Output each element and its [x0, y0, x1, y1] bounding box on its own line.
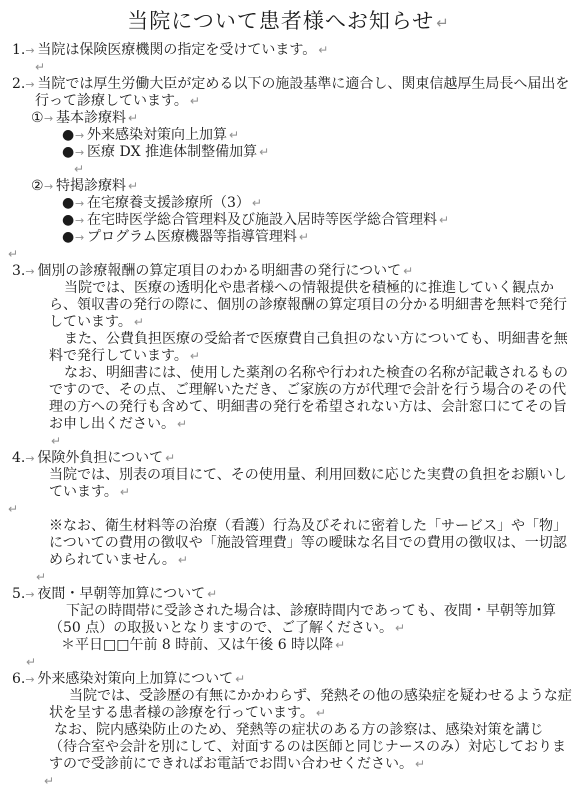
return-mark-icon: ↵: [190, 94, 200, 108]
doc-text: プログラム医療機器等指導管理料: [87, 229, 297, 245]
doc-text-line: ＊平日□□午前 8 時前、又は午後 6 時以降↵: [4, 637, 572, 654]
doc-text-line: なお、院内感染防止のため、発熱等の症状のある方の診察は、感染対策を講じ: [4, 722, 572, 739]
doc-text-line: 理の方への発行も含めて、明細書の発行を希望されない方は、会計窓口にてその旨: [4, 399, 572, 416]
doc-text-line: 下記の時間帯に受診された場合は、診療時間内であっても、夜間・早朝等加算: [4, 603, 572, 620]
return-mark-icon: ↵: [8, 247, 18, 261]
list-marker: 5.: [12, 586, 25, 603]
return-mark-icon: ↵: [439, 213, 449, 227]
return-mark-icon: ↵: [259, 145, 269, 159]
return-mark-icon: ↵: [8, 502, 18, 516]
doc-text: 料で発行しています。: [49, 348, 188, 364]
doc-text-line: （待合室や会計を別にして、対面するのは医師と同じナースのみ）対応しておりま: [4, 739, 572, 756]
doc-text: められていません。: [49, 552, 176, 568]
return-mark-icon: ↵: [165, 451, 175, 465]
doc-text: 当院では厚生労働大臣が定める以下の施設基準に適合し、関東信越厚生局長へ届出を: [37, 76, 569, 92]
doc-blank-line: ↵: [4, 569, 572, 586]
doc-text: （50 点）の取扱いとなりますので、ご了解ください。: [49, 620, 393, 636]
doc-text-line: められていません。↵: [4, 552, 572, 569]
doc-text-line: すので受診前にできればお電話でお問い合わせください。↵: [4, 756, 572, 773]
doc-text-line: 状を呈する患者様の診療を行っています。↵: [4, 705, 572, 722]
doc-text: 当院では、別表の項目にて、その使用量、利用回数に応じた実費の負担をお願いし: [49, 467, 567, 483]
doc-list-line: 2.→当院では厚生労働大臣が定める以下の施設基準に適合し、関東信越厚生局長へ届出…: [4, 76, 572, 93]
doc-text: 医療 DX 推進体制整備加算: [87, 144, 257, 160]
list-marker: ●: [62, 229, 75, 246]
tab-mark-icon: →: [25, 671, 37, 688]
doc-text: ※なお、衛生材料等の治療（看護）行為及びそれに密着した「サービス」や「物」: [49, 518, 567, 534]
doc-blank-line: ↵: [4, 654, 572, 671]
doc-text: についての費用の徴収や「施設管理費」等の曖昧な名目での費用の徴収は、一切認: [49, 535, 567, 551]
tab-mark-icon: →: [25, 76, 37, 93]
doc-text: 当院では、受診歴の有無にかかわらず、発熱その他の感染症を疑わせるような症: [69, 688, 572, 704]
doc-text-line: ですので、その点、ご理解いただき、ご家族の方が代理で会計を行う場合のその代: [4, 382, 572, 399]
doc-text: すので受診前にできればお電話でお問い合わせください。: [49, 756, 413, 772]
doc-list-line: ①→基本診療料↵: [4, 110, 572, 127]
doc-text-line: なお、明細書には、使用した薬剤の名称や行われた検査の名称が記載されるもの: [4, 365, 572, 382]
document-page: 当院について患者様へお知らせ↵ 1.→当院は保険医療機関の指定を受けています。↵…: [0, 0, 576, 785]
doc-list-line: ②→特掲診療料↵: [4, 178, 572, 195]
doc-list-line: ●→プログラム医療機器等指導管理料↵: [4, 229, 572, 246]
doc-list-line: ●→医療 DX 推進体制整備加算↵: [4, 144, 572, 161]
return-mark-icon: ↵: [177, 417, 187, 431]
doc-text: 状を呈する患者様の診療を行っています。: [49, 705, 314, 721]
return-mark-icon: ↵: [436, 14, 449, 32]
doc-text-line: ています。↵: [4, 484, 572, 501]
doc-text-line: （50 点）の取扱いとなりますので、ご了解ください。↵: [4, 620, 572, 637]
tab-mark-icon: →: [75, 127, 87, 144]
doc-text: 当院では、医療の透明化や患者様への情報提供を積極的に推進していく観点か: [64, 280, 554, 296]
doc-text-line: ※なお、衛生材料等の治療（看護）行為及びそれに密着した「サービス」や「物」: [4, 518, 572, 535]
return-mark-icon: ↵: [415, 757, 425, 771]
return-mark-icon: ↵: [395, 621, 405, 635]
return-mark-icon: ↵: [74, 162, 84, 176]
return-mark-icon: ↵: [235, 672, 245, 686]
doc-list-line: ●→在宅時医学総合管理料及び施設入居時等医学総合管理料↵: [4, 212, 572, 229]
doc-list-line: 6.→外来感染対策向上加算について↵: [4, 671, 572, 688]
doc-text: 理の方への発行も含めて、明細書の発行を希望されない方は、会計窓口にてその旨: [49, 399, 567, 415]
doc-text: しています。: [49, 314, 132, 330]
doc-text: ら、領収書の発行の際に、個別の診療報酬の算定項目の分かる明細書を無料で発行: [49, 297, 567, 313]
return-mark-icon: ↵: [318, 43, 328, 57]
doc-text: なお、院内感染防止のため、発熱等の症状のある方の診察は、感染対策を講じ: [54, 722, 543, 738]
tab-mark-icon: →: [75, 212, 87, 229]
doc-blank-line: ↵: [4, 773, 572, 785]
return-mark-icon: ↵: [36, 570, 46, 584]
list-marker: ●: [62, 127, 75, 144]
doc-text-line: 当院では、受診歴の有無にかかわらず、発熱その他の感染症を疑わせるような症: [4, 688, 572, 705]
return-mark-icon: ↵: [128, 111, 138, 125]
doc-text: 個別の診療報酬の算定項目のわかる明細書の発行について: [37, 263, 401, 279]
doc-text: 外来感染対策向上加算: [87, 127, 227, 143]
list-marker: 4.: [12, 450, 25, 467]
document-title-row: 当院について患者様へお知らせ↵: [4, 5, 572, 39]
document-body: 1.→当院は保険医療機関の指定を受けています。↵↵2.→当院では厚生労働大臣が定…: [4, 42, 572, 785]
tab-mark-icon: →: [25, 586, 37, 603]
doc-text: （待合室や会計を別にして、対面するのは医師と同じナースのみ）対応しておりま: [49, 739, 566, 755]
tab-mark-icon: →: [44, 110, 56, 127]
doc-text: ＊平日□□午前 8 時前、又は午後 6 時以降: [61, 637, 333, 653]
doc-text: なお、明細書には、使用した薬剤の名称や行われた検査の名称が記載されるもの: [64, 365, 568, 381]
return-mark-icon: ↵: [229, 128, 239, 142]
doc-list-line: 1.→当院は保険医療機関の指定を受けています。↵: [4, 42, 572, 59]
doc-blank-line: ↵: [4, 246, 572, 263]
return-mark-icon: ↵: [35, 60, 45, 74]
list-marker: ①: [31, 110, 44, 127]
list-marker: ●: [62, 212, 75, 229]
doc-list-line: 5.→夜間・早朝等加算について↵: [4, 586, 572, 603]
tab-mark-icon: →: [44, 178, 56, 195]
doc-list-line: 3.→個別の診療報酬の算定項目のわかる明細書の発行について↵: [4, 263, 572, 280]
return-mark-icon: ↵: [316, 706, 326, 720]
return-mark-icon: ↵: [26, 655, 36, 669]
doc-list-line: 4.→保険外負担について↵: [4, 450, 572, 467]
doc-text: 基本診療料: [56, 110, 126, 126]
doc-text: ですので、その点、ご理解いただき、ご家族の方が代理で会計を行う場合のその代: [49, 382, 566, 398]
tab-mark-icon: →: [75, 195, 87, 212]
doc-text-line: ら、領収書の発行の際に、個別の診療報酬の算定項目の分かる明細書を無料で発行: [4, 297, 572, 314]
doc-text-line: 当院では、別表の項目にて、その使用量、利用回数に応じた実費の負担をお願いし: [4, 467, 572, 484]
return-mark-icon: ↵: [128, 179, 138, 193]
list-marker: 1.: [12, 42, 25, 59]
return-mark-icon: ↵: [134, 315, 144, 329]
doc-list-line: ●→外来感染対策向上加算↵: [4, 127, 572, 144]
doc-text: 下記の時間帯に受診された場合は、診療時間内であっても、夜間・早朝等加算: [66, 603, 556, 619]
doc-text: お申し出ください。: [49, 416, 175, 432]
return-mark-icon: ↵: [299, 230, 309, 244]
return-mark-icon: ↵: [335, 638, 345, 652]
tab-mark-icon: →: [25, 263, 37, 280]
doc-text: 行って診療しています。: [35, 93, 188, 109]
doc-text: 在宅時医学総合管理料及び施設入居時等医学総合管理料: [87, 212, 437, 228]
doc-blank-line: ↵: [4, 501, 572, 518]
tab-mark-icon: →: [25, 450, 37, 467]
doc-text-line: お申し出ください。↵: [4, 416, 572, 433]
document-root: { "colors": { "text": "#1b1b1b", "marks"…: [0, 0, 576, 785]
doc-text-line: 当院では、医療の透明化や患者様への情報提供を積極的に推進していく観点か: [4, 280, 572, 297]
list-marker: ●: [62, 195, 75, 212]
doc-text: 外来感染対策向上加算について: [37, 671, 233, 687]
return-mark-icon: ↵: [252, 196, 262, 210]
return-mark-icon: ↵: [207, 587, 217, 601]
doc-text-line: 料で発行しています。↵: [4, 348, 572, 365]
doc-text: 特掲診療料: [56, 178, 126, 194]
list-marker: 3.: [12, 263, 25, 280]
doc-text-line: 行って診療しています。↵: [4, 93, 572, 110]
tab-mark-icon: →: [75, 229, 87, 246]
doc-text-line: についての費用の徴収や「施設管理費」等の曖昧な名目での費用の徴収は、一切認: [4, 535, 572, 552]
doc-text: 保険外負担について: [37, 450, 163, 466]
doc-text: 当院は保険医療機関の指定を受けています。: [37, 42, 316, 58]
return-mark-icon: ↵: [120, 485, 130, 499]
return-mark-icon: ↵: [51, 434, 61, 448]
doc-text: 夜間・早朝等加算について: [37, 586, 205, 602]
doc-text: ています。: [49, 484, 118, 500]
list-marker: 2.: [12, 76, 25, 93]
tab-mark-icon: →: [75, 144, 87, 161]
page-title: 当院について患者様へお知らせ: [127, 9, 434, 33]
return-mark-icon: ↵: [44, 774, 54, 785]
return-mark-icon: ↵: [403, 264, 413, 278]
return-mark-icon: ↵: [190, 349, 200, 363]
doc-text: 在宅療養支援診療所（3）: [87, 195, 250, 211]
doc-text: また、公費負担医療の受給者で医療費自己負担のない方についても、明細書を無: [64, 331, 568, 347]
doc-text-line: また、公費負担医療の受給者で医療費自己負担のない方についても、明細書を無: [4, 331, 572, 348]
list-marker: ②: [31, 178, 44, 195]
doc-list-line: ●→在宅療養支援診療所（3）↵: [4, 195, 572, 212]
list-marker: 6.: [12, 671, 25, 688]
doc-text-line: しています。↵: [4, 314, 572, 331]
return-mark-icon: ↵: [178, 553, 188, 567]
tab-mark-icon: →: [25, 42, 37, 59]
doc-blank-line: ↵: [4, 433, 572, 450]
list-marker: ●: [62, 144, 75, 161]
doc-blank-line: ↵: [4, 161, 572, 178]
doc-blank-line: ↵: [4, 59, 572, 76]
